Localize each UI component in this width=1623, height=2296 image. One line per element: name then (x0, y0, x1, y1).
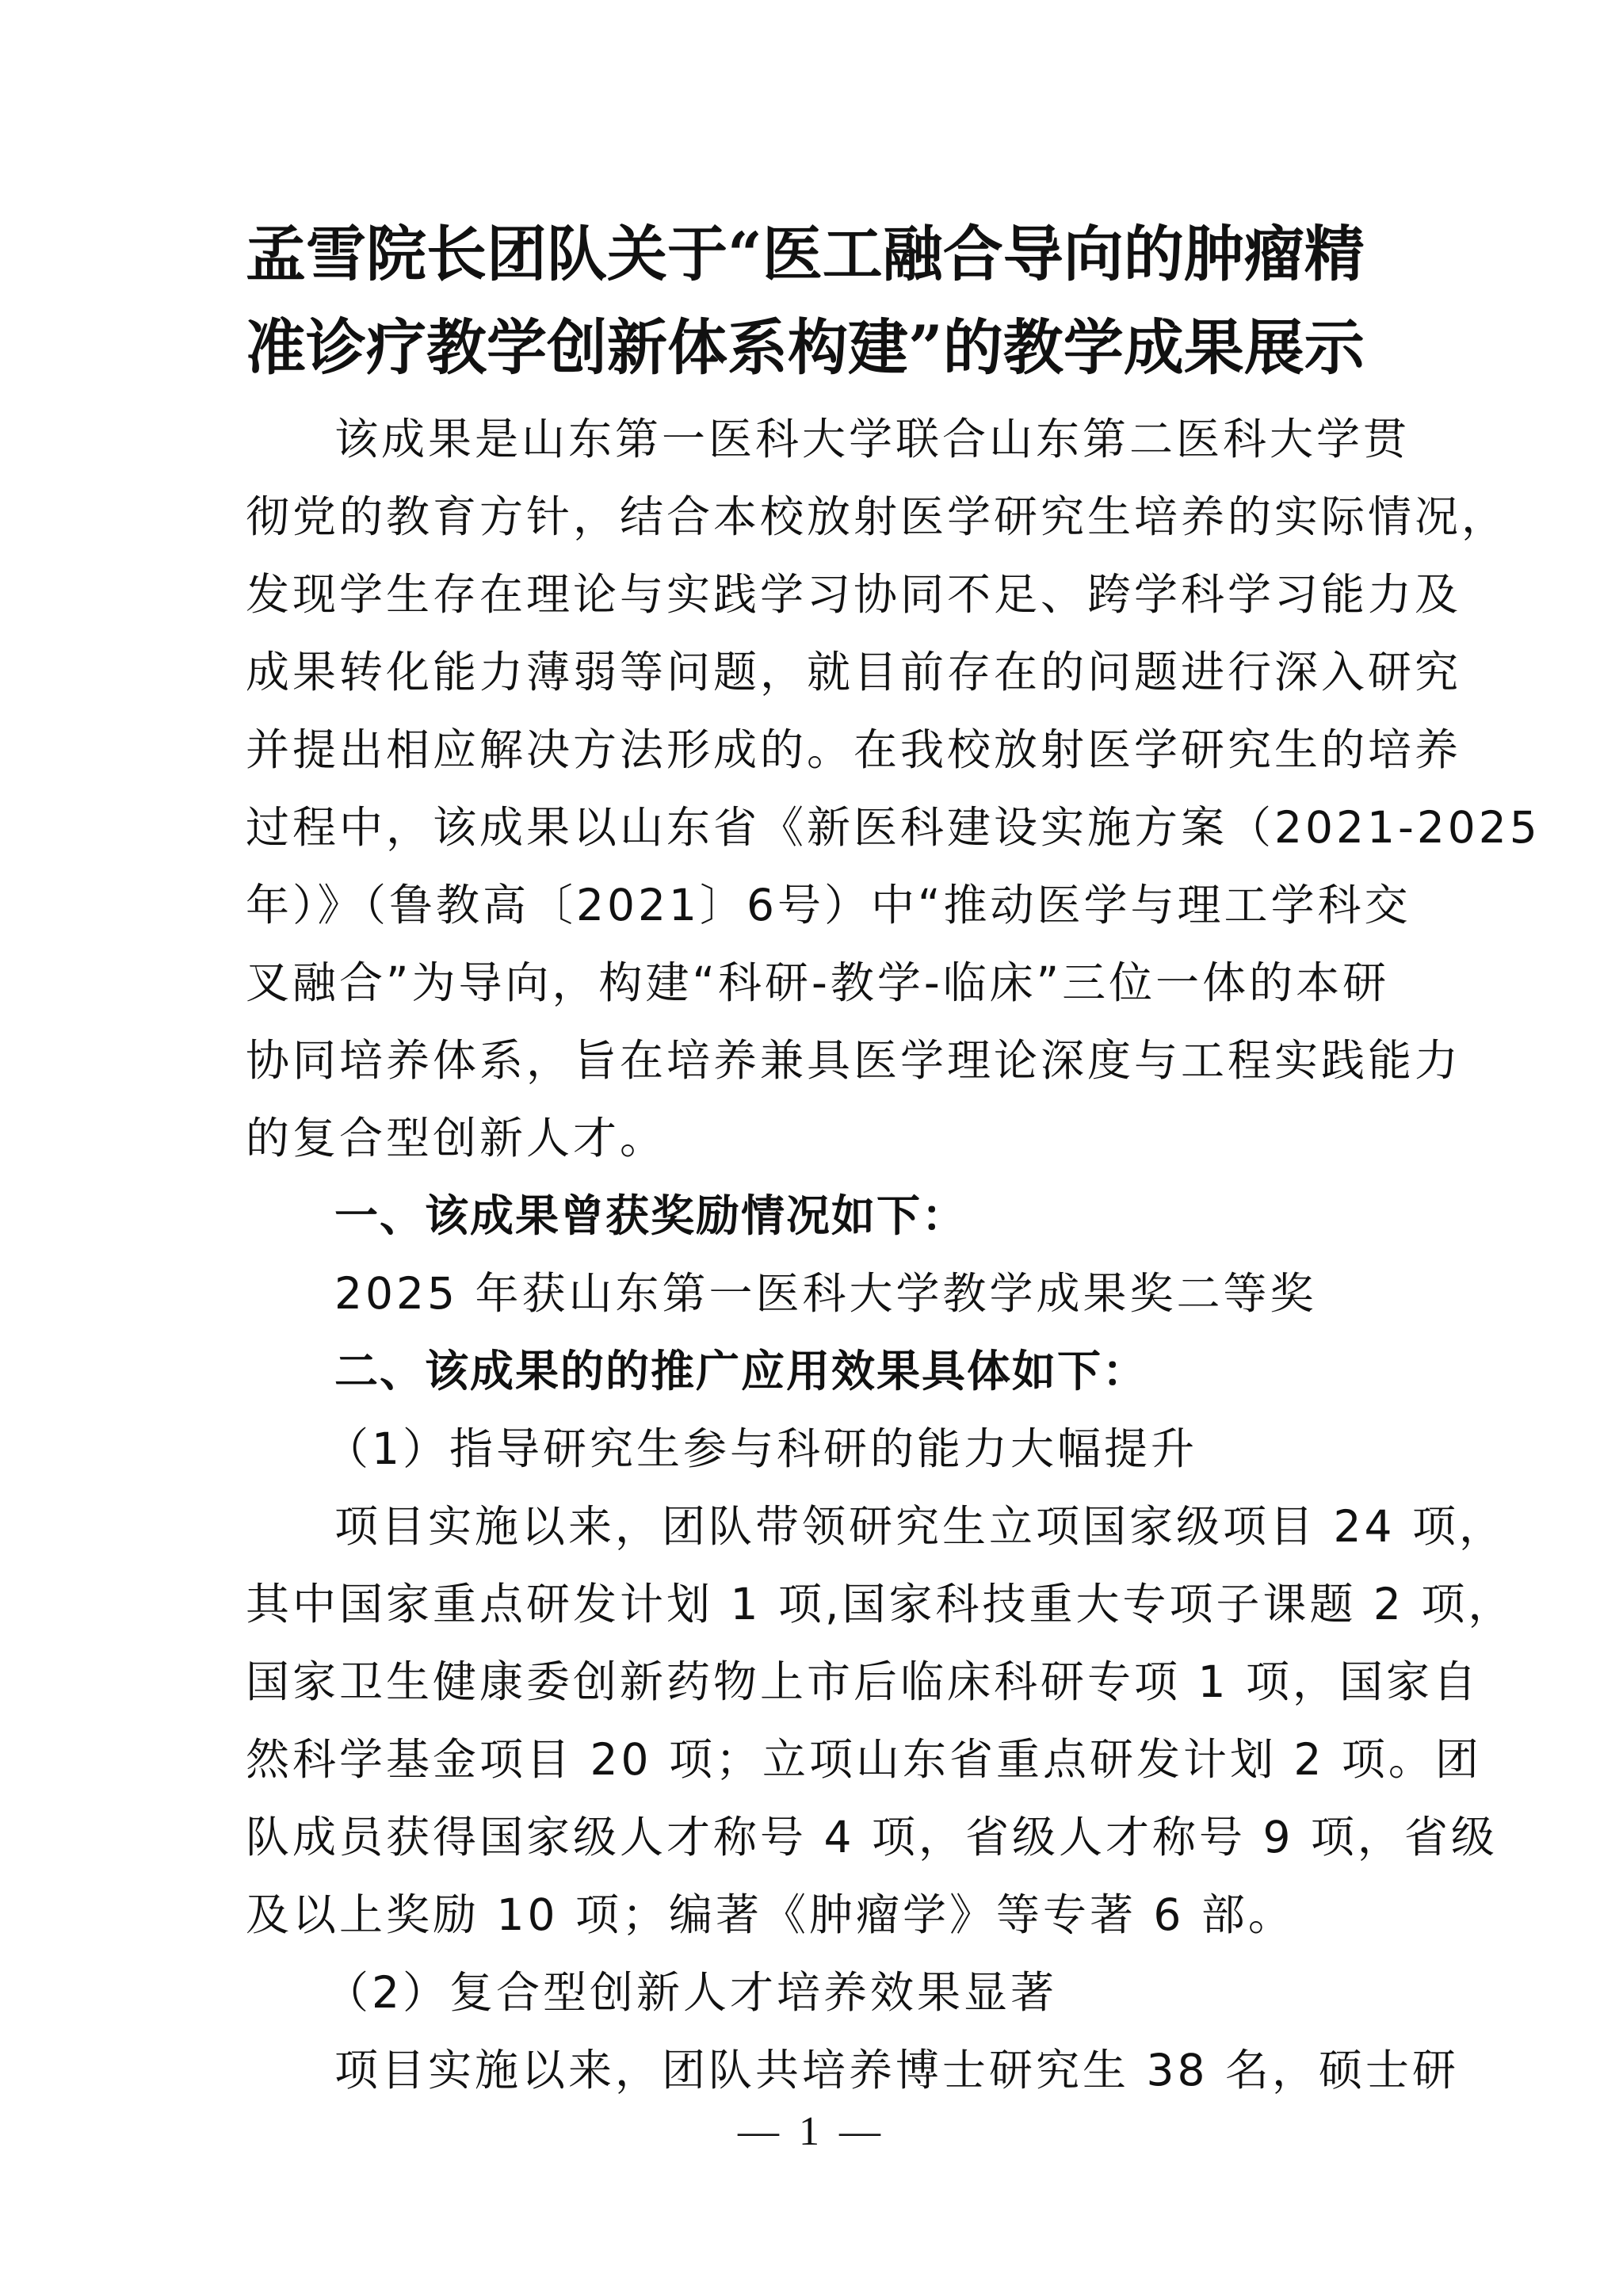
title-line-1: 孟雪院长团队关于“医工融合导向的肿瘤精 (246, 208, 1403, 301)
paragraph-line: 国家卫生健康委创新药物上市后临床科研专项 1 项，国家自 (246, 1643, 1387, 1721)
page-number: — 1 — (0, 2108, 1623, 2155)
title-line-2: 准诊疗教学创新体系构建”的教学成果展示 (246, 301, 1403, 395)
paragraph-line: 发现学生存在理论与实践学习协同不足、跨学科学习能力及 (246, 556, 1387, 633)
subsection-heading-1: （1）指导研究生参与科研的能力大幅提升 (246, 1410, 1387, 1488)
paragraph-line: 叉融合”为导向，构建“科研-教学-临床”三位一体的本研 (246, 944, 1387, 1022)
paragraph-line: 队成员获得国家级人才称号 4 项，省级人才称号 9 项，省级 (246, 1798, 1387, 1876)
paragraph-line: 然科学基金项目 20 项；立项山东省重点研发计划 2 项。团 (246, 1721, 1387, 1798)
document-body: 该成果是山东第一医科大学联合山东第二医科大学贯 彻党的教育方针，结合本校放射医学… (246, 400, 1387, 2109)
section-awards: 一、该成果曾获奖励情况如下： 2025 年获山东第一医科大学教学成果奖二等奖 (246, 1177, 1387, 1332)
section-heading-awards: 一、该成果曾获奖励情况如下： (246, 1177, 1387, 1255)
document-title: 孟雪院长团队关于“医工融合导向的肿瘤精 准诊疗教学创新体系构建”的教学成果展示 (246, 208, 1403, 395)
paragraph-line: 项目实施以来，团队共培养博士研究生 38 名，硕士研 (246, 2031, 1387, 2109)
intro-paragraph: 该成果是山东第一医科大学联合山东第二医科大学贯 彻党的教育方针，结合本校放射医学… (246, 400, 1387, 1177)
paragraph-line: 成果转化能力薄弱等问题，就目前存在的问题进行深入研究 (246, 633, 1387, 711)
paragraph-line: 项目实施以来，团队带领研究生立项国家级项目 24 项， (246, 1488, 1387, 1565)
paragraph-line: 该成果是山东第一医科大学联合山东第二医科大学贯 (246, 400, 1387, 478)
award-line: 2025 年获山东第一医科大学教学成果奖二等奖 (246, 1255, 1387, 1332)
paragraph-line: 过程中，该成果以山东省《新医科建设实施方案（2021-2025 (246, 789, 1387, 866)
document-page: 孟雪院长团队关于“医工融合导向的肿瘤精 准诊疗教学创新体系构建”的教学成果展示 … (0, 0, 1623, 2296)
section-application: 二、该成果的的推广应用效果具体如下： （1）指导研究生参与科研的能力大幅提升 项… (246, 1332, 1387, 2109)
subsection-heading-2: （2）复合型创新人才培养效果显著 (246, 1954, 1387, 2031)
paragraph-line: 彻党的教育方针，结合本校放射医学研究生培养的实际情况， (246, 478, 1387, 556)
paragraph-line: 协同培养体系，旨在培养兼具医学理论深度与工程实践能力 (246, 1022, 1387, 1099)
paragraph-line: 年）》（鲁教高〔2021〕6号）中“推动医学与理工学科交 (246, 866, 1387, 944)
paragraph-line: 的复合型创新人才。 (246, 1099, 1387, 1177)
paragraph-line: 并提出相应解决方法形成的。在我校放射医学研究生的培养 (246, 711, 1387, 789)
paragraph-line: 其中国家重点研发计划 1 项,国家科技重大专项子课题 2 项， (246, 1565, 1387, 1643)
paragraph-line: 及以上奖励 10 项；编著《肿瘤学》等专著 6 部。 (246, 1876, 1387, 1954)
section-heading-application: 二、该成果的的推广应用效果具体如下： (246, 1332, 1387, 1410)
